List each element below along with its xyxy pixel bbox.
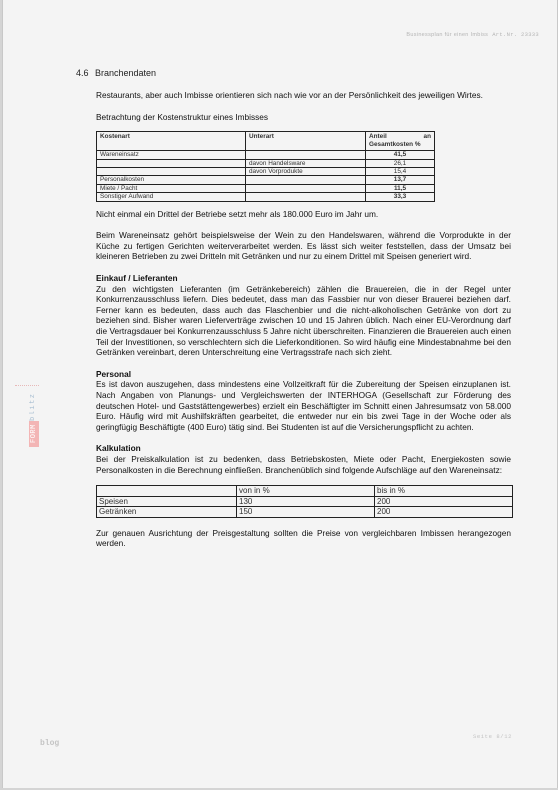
cell-unterart: davon Handelsware bbox=[246, 159, 366, 167]
cost-structure-table: Kostenart Unterart Anteil an Gesamtkoste… bbox=[96, 131, 435, 201]
table-row: Speisen 130 200 bbox=[97, 496, 513, 507]
cell-kostenart: Wareneinsatz bbox=[97, 151, 246, 159]
header-unterart: Unterart bbox=[246, 132, 366, 151]
markup-header-row: von in % bis in % bbox=[97, 486, 513, 497]
table-row: davon Handelsware 26,1 bbox=[97, 159, 435, 167]
header-kostenart: Kostenart bbox=[97, 132, 246, 151]
header-title: Businessplan für einen Imbiss bbox=[406, 32, 488, 38]
cell-bis: 200 bbox=[375, 496, 513, 507]
cell-anteil: 33,3 bbox=[366, 193, 435, 201]
cell-kostenart: Sonstiger Aufwand bbox=[97, 193, 246, 201]
logo-dotted-line bbox=[15, 385, 39, 386]
markup-header-bis: bis in % bbox=[375, 486, 513, 497]
cell-unterart bbox=[246, 176, 366, 184]
cell-anteil: 11,5 bbox=[366, 184, 435, 192]
document-body: Restaurants, aber auch Imbisse orientier… bbox=[96, 90, 511, 549]
cell-unterart: davon Vorprodukte bbox=[246, 168, 366, 176]
table-row: Getränken 150 200 bbox=[97, 507, 513, 518]
header-anteil: Anteil an Gesamtkosten % bbox=[366, 132, 435, 151]
cell-unterart bbox=[246, 184, 366, 192]
wareneinsatz-paragraph: Beim Wareneinsatz gehört beispielsweise … bbox=[96, 230, 511, 262]
cell-kostenart bbox=[97, 159, 246, 167]
markup-header-von: von in % bbox=[237, 486, 375, 497]
logo-form-text: FORM bbox=[29, 421, 39, 447]
cell-anteil: 41,5 bbox=[366, 151, 435, 159]
page-number: Seite 8/12 bbox=[473, 733, 512, 740]
table-row: Wareneinsatz 41,5 bbox=[97, 151, 435, 159]
cell-von: 150 bbox=[237, 507, 375, 518]
cell-unterart bbox=[246, 193, 366, 201]
running-header: Businessplan für einen ImbissArt.Nr. 233… bbox=[406, 31, 539, 38]
cell-kostenart bbox=[97, 168, 246, 176]
cell-label: Getränken bbox=[97, 507, 237, 518]
table-caption: Betrachtung der Kostenstruktur eines Imb… bbox=[96, 112, 511, 123]
cell-von: 130 bbox=[237, 496, 375, 507]
einkauf-paragraph: Zu den wichtigsten Lieferanten (im Geträ… bbox=[96, 284, 511, 358]
cell-anteil: 13,7 bbox=[366, 176, 435, 184]
personal-paragraph: Es ist davon auszugehen, dass mindestens… bbox=[96, 379, 511, 432]
intro-paragraph: Restaurants, aber auch Imbisse orientier… bbox=[96, 90, 511, 101]
header-art-nr: Art.Nr. 23333 bbox=[492, 31, 539, 38]
section-heading: 4.6Branchendaten bbox=[76, 68, 156, 78]
cell-kostenart: Miete / Pacht bbox=[97, 184, 246, 192]
revenue-paragraph: Nicht einmal ein Drittel der Betriebe se… bbox=[96, 209, 511, 220]
logo-blitz-text: blitz bbox=[29, 389, 39, 421]
table-row: davon Vorprodukte 15,4 bbox=[97, 168, 435, 176]
einkauf-heading: Einkauf / Lieferanten bbox=[96, 273, 511, 284]
cell-anteil: 15,4 bbox=[366, 168, 435, 176]
table-row: Sonstiger Aufwand 33,3 bbox=[97, 193, 435, 201]
closing-paragraph: Zur genauen Ausrichtung der Preisgestalt… bbox=[96, 528, 511, 549]
formblitz-logo: blitz FORM bbox=[29, 388, 39, 450]
section-title: Branchendaten bbox=[95, 68, 156, 78]
table-row: Miete / Pacht 11,5 bbox=[97, 184, 435, 192]
cell-bis: 200 bbox=[375, 507, 513, 518]
kalkulation-paragraph: Bei der Preiskalkulation ist zu bedenken… bbox=[96, 454, 511, 475]
footer-logo: blog bbox=[40, 739, 59, 748]
cell-unterart bbox=[246, 151, 366, 159]
section-number: 4.6 bbox=[76, 68, 95, 78]
cell-kostenart: Personalkosten bbox=[97, 176, 246, 184]
document-page: Businessplan für einen ImbissArt.Nr. 233… bbox=[2, 0, 558, 788]
markup-header-label bbox=[97, 486, 237, 497]
table-row: Personalkosten 13,7 bbox=[97, 176, 435, 184]
cell-label: Speisen bbox=[97, 496, 237, 507]
cell-anteil: 26,1 bbox=[366, 159, 435, 167]
markup-table: von in % bis in % Speisen 130 200 Geträn… bbox=[96, 485, 513, 518]
personal-heading: Personal bbox=[96, 369, 511, 380]
cost-table-header-row: Kostenart Unterart Anteil an Gesamtkoste… bbox=[97, 132, 435, 151]
kalkulation-heading: Kalkulation bbox=[96, 443, 511, 454]
